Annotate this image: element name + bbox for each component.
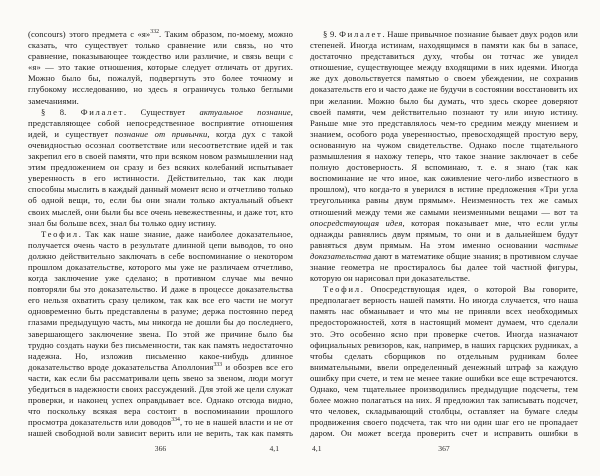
text-segment: . Наше привычное познание бывает двух ро… xyxy=(310,29,578,217)
page-number: 367 xyxy=(310,444,578,453)
text-segment: . Так как наше знание, даже наиболее док… xyxy=(28,229,293,372)
text-segment: Теофил xyxy=(41,229,79,239)
footnote-ref: 332 xyxy=(150,29,159,35)
page-text: § 9. Филалет. Наше привычное познание бы… xyxy=(310,29,578,441)
left-page-footer: 366 4,1 xyxy=(28,444,293,456)
right-page: § 9. Филалет. Наше привычное познание бы… xyxy=(310,29,578,476)
page-number: 366 xyxy=(28,444,293,453)
text-segment: , когда дух с такой очевидностью осознал… xyxy=(28,129,293,228)
paragraph: § 9. Филалет. Наше привычное познание бы… xyxy=(310,29,578,284)
text-segment: . Опосредствующая идея, о которой Вы гов… xyxy=(310,284,578,441)
text-segment: актуальное познание xyxy=(200,107,291,117)
text-segment: § 9. xyxy=(323,29,339,39)
text-segment: . Таким образом, по-моему, можно сказать… xyxy=(28,29,293,106)
text-segment: познание от привычки xyxy=(115,129,208,139)
left-page: (concours) этого предмета с «я»332. Таки… xyxy=(28,29,293,476)
text-segment: Теофил xyxy=(323,284,361,294)
right-page-footer: 4,1 367 xyxy=(310,444,578,456)
signature-mark: 4,1 xyxy=(270,444,280,453)
text-segment: . Существует xyxy=(124,107,199,117)
book-spread: (concours) этого предмета с «я»332. Таки… xyxy=(0,0,600,476)
footnote-ref: 334 xyxy=(171,417,180,423)
footnote-ref: 333 xyxy=(213,362,222,368)
paragraph: Теофил. Так как наше знание, даже наибол… xyxy=(28,229,293,441)
text-segment: Филалет xyxy=(339,29,382,39)
text-segment: (concours) этого предмета с «я» xyxy=(28,29,150,39)
paragraph: § 8. Филалет. Существует актуальное позн… xyxy=(28,107,293,229)
text-segment: опосредствующая идея xyxy=(310,218,402,228)
text-segment: § 8. xyxy=(41,107,81,117)
text-segment: Филалет xyxy=(81,107,124,117)
paragraph: (concours) этого предмета с «я»332. Таки… xyxy=(28,29,293,107)
page-text: (concours) этого предмета с «я»332. Таки… xyxy=(28,29,293,441)
paragraph: Теофил. Опосредствующая идея, о которой … xyxy=(310,284,578,441)
